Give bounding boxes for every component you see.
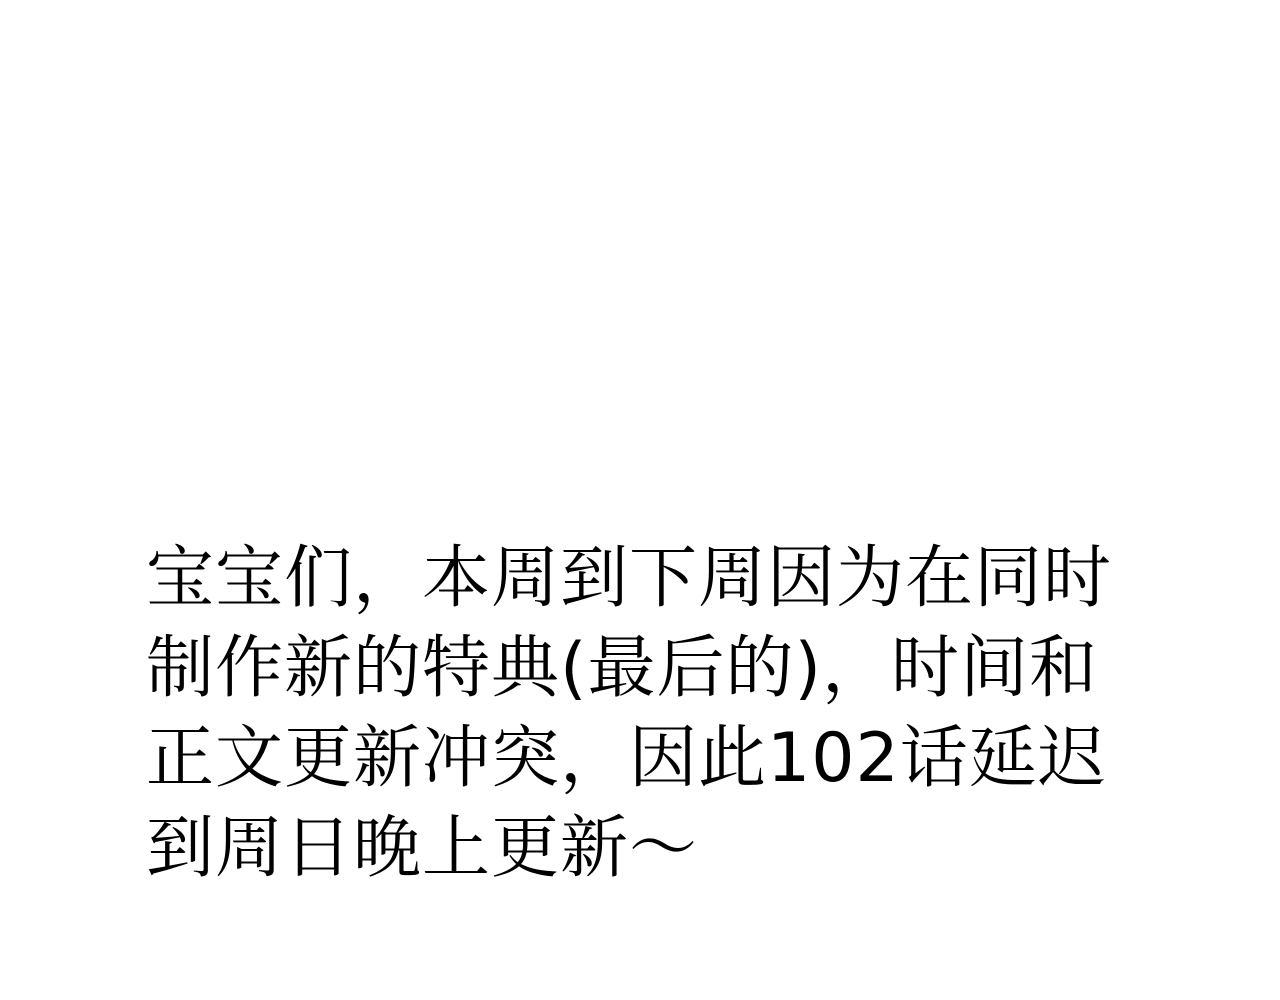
announcement-line-3: 正文更新冲突，因此102话延迟	[146, 714, 1176, 804]
announcement-line-1: 宝宝们，本周到下周因为在同时	[146, 534, 1176, 624]
announcement-line-4: 到周日晚上更新～	[146, 804, 1176, 894]
announcement-text: 宝宝们，本周到下周因为在同时 制作新的特典(最后的)，时间和 正文更新冲突，因此…	[146, 534, 1176, 894]
announcement-line-2: 制作新的特典(最后的)，时间和	[146, 624, 1176, 714]
